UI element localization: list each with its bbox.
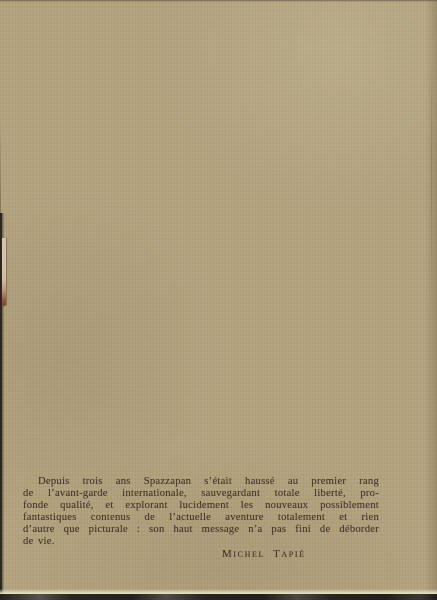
right-page-edge-line bbox=[431, 60, 432, 310]
top-scan-edge bbox=[0, 0, 437, 2]
colophon-text-block: Depuis trois ans Spazzapan s’était hauss… bbox=[23, 476, 379, 560]
bottom-book-shadow bbox=[0, 594, 437, 600]
paragraph-line: Depuis trois ans Spazzapan s’était hauss… bbox=[23, 476, 379, 488]
underlying-page-sliver bbox=[2, 238, 6, 306]
paragraph-line: de l’avant-garde internationale, sauvega… bbox=[23, 488, 379, 500]
paragraph-line: de vie. bbox=[23, 536, 379, 548]
book-page: Depuis trois ans Spazzapan s’était hauss… bbox=[0, 0, 437, 600]
paragraph-line: d’autre que picturale : son haut message… bbox=[23, 524, 379, 536]
paragraph-line: fantastiques contenus de l’actuelle aven… bbox=[23, 512, 379, 524]
author-signature: Michel Tapié bbox=[23, 548, 379, 560]
paragraph-line: fonde qualité, et explorant lucidement l… bbox=[23, 500, 379, 512]
left-binding-shadow-fade bbox=[0, 120, 1, 215]
